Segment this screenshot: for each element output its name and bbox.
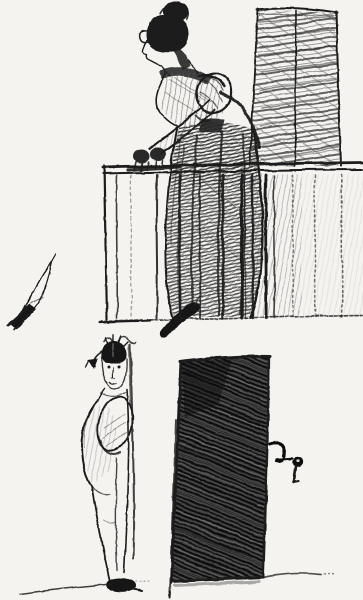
dark-door <box>170 356 270 598</box>
sketch-canvas <box>0 0 363 600</box>
eye <box>150 43 152 45</box>
sketch-image <box>0 0 363 600</box>
